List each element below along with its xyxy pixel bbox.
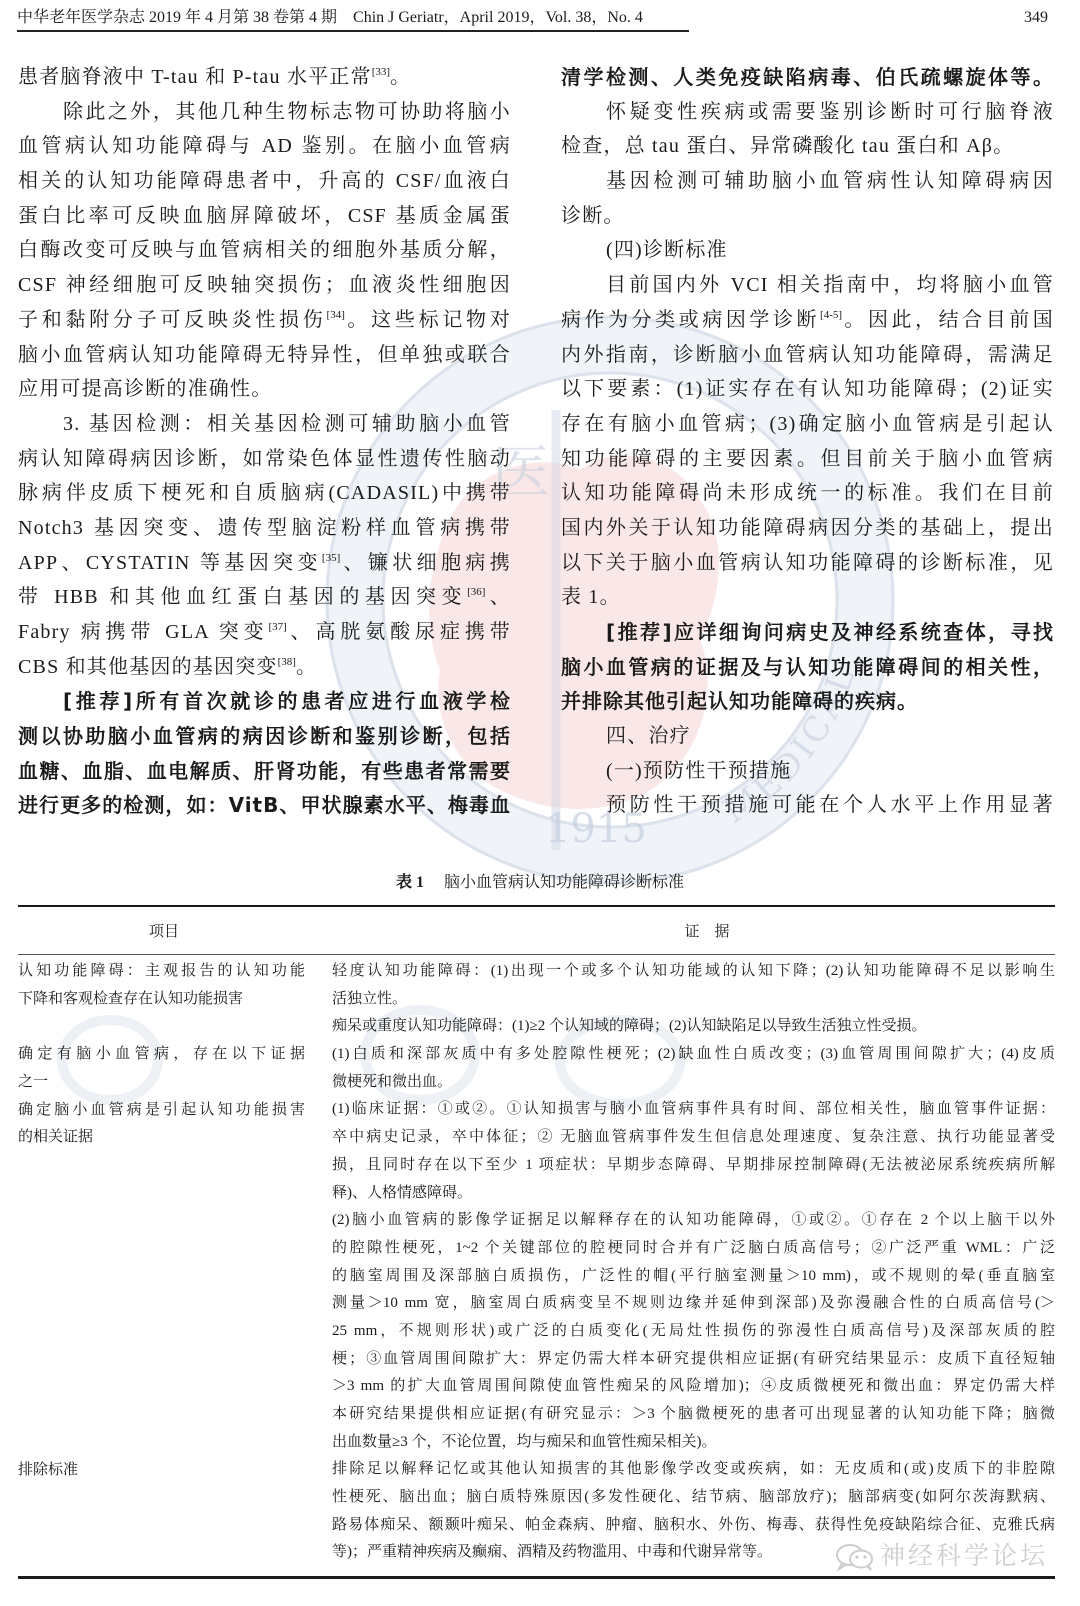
page-number: 349 (1024, 6, 1048, 30)
column-header-evidence: 证 据 (350, 920, 1064, 944)
text-line: 存在有脑小血管病；(3)确定脑小血管病是引起认 (561, 407, 1054, 442)
table-row-evidence-cell: (1)白质和深部灰质中有多处腔隙性梗死；(2)缺血性白质改变；(3)血管周围间隙… (332, 1041, 1055, 1096)
recommendation-line: [推荐]应详细询问病史及神经系统查体，寻找 (561, 615, 1054, 650)
text-line: 目前国内外 VCI 相关指南中，均将脑小血管 (561, 268, 1054, 303)
recommendation-line: 进行更多的检测，如：VitB、甲状腺素水平、梅毒血 (18, 788, 511, 823)
cell-line: (1)白质和深部灰质中有多处腔隙性梗死；(2)缺血性白质改变；(3)血管周围间隙… (332, 1041, 1055, 1069)
cell-line: 认知功能障碍：主观报告的认知功能 (18, 958, 305, 986)
text-line: 应用可提高诊断的准确性。 (18, 372, 511, 407)
table-row-item-cell: 确定有脑小血管病，存在以下证据 之一 (18, 1041, 305, 1096)
recommendation-line: 清学检测、人类免疫缺陷病毒、伯氏疏螺旋体等。 (561, 60, 1054, 95)
recommendation-paragraph: [推荐]所有首次就诊的患者应进行血液学检 测以协助脑小血管病的病因诊断和鉴别诊断… (18, 684, 511, 823)
recommendation-paragraph: [推荐]应详细询问病史及神经系统查体，寻找 脑小血管病的证据及与认知功能障碍间的… (561, 615, 1054, 719)
cell-line: (2)脑小血管病的影像学证据足以解释存在的认知功能障碍，①或②。①存在 2 个以… (332, 1207, 1055, 1235)
wechat-account-name: 神经科学论坛 (880, 1538, 1048, 1574)
journal-page: 中华老年医学杂志 2019 年 4 月第 38 卷第 4 期Chin J Ger… (0, 0, 1080, 1606)
table-bottom-rule (18, 1576, 1055, 1579)
cell-line: 的腔隙性梗死，1~2 个关键部位的腔梗同时合并有广泛脑白质高信号；②广泛严重 W… (332, 1235, 1055, 1263)
cell-line: 的脑室周围及深部脑白质损伤，广泛性的帽(平行脑室测量＞10 mm)，或不规则的晕… (332, 1263, 1055, 1291)
text-line: 内外指南，诊断脑小血管病认知功能障碍，需满足 (561, 338, 1054, 373)
paragraph: 怀疑变性疾病或需要鉴别诊断时可行脑脊液 检查，总 tau 蛋白、异常磷酸化 ta… (561, 95, 1054, 164)
cell-line: 性梗死、脑出血；脑白质特殊原因(多发性硬化、结节病、脑部放疗)；脑部病变(如阿尔… (332, 1484, 1055, 1512)
wechat-icon (834, 1542, 876, 1572)
cell-line: 确定有脑小血管病，存在以下证据 (18, 1041, 305, 1069)
section-heading: (四)诊断标准 (561, 233, 1054, 268)
table-row-item-cell: 排除标准 (18, 1457, 305, 1485)
text-line: 怀疑变性疾病或需要鉴别诊断时可行脑脊液 (561, 95, 1054, 130)
text-line: APP、CYSTATIN 等基因突变[35]、镰状细胞病携 (18, 546, 511, 581)
line-text: 。 (296, 656, 317, 678)
text-line: 病作为分类或病因学诊断[4-5]。因此，结合目前国 (561, 303, 1054, 338)
line-text: 。这些标记物对 (345, 309, 511, 331)
cell-line: 损，且同时存在以下至少 1 项症状：早期步态障碍、早期排尿控制障碍(无法被泌尿系… (332, 1152, 1055, 1180)
line-text: 。 (390, 66, 411, 88)
line-text: 病作为分类或病因学诊断 (561, 309, 820, 331)
cell-line: 释)、人格情感障碍。 (332, 1180, 1055, 1208)
cell-line: 活独立性。 (332, 986, 1055, 1014)
journal-citation: 中华老年医学杂志 2019 年 4 月第 38 卷第 4 期Chin J Ger… (17, 6, 689, 30)
line-text: 带 HBB 和其他血红蛋白基因的基因突变 (18, 586, 467, 608)
text-line: 除此之外，其他几种生物标志物可协助将脑小 (18, 95, 511, 130)
recommendation-line: [推荐]所有首次就诊的患者应进行血液学检 (18, 684, 511, 719)
cell-line: 梗；③血管周围间隙扩大：界定仍需大样本研究提供相应证据(有研究结果显示：皮质下直… (332, 1346, 1055, 1374)
paragraph: 除此之外，其他几种生物标志物可协助将脑小 血管病认知功能障碍与 AD 鉴别。在脑… (18, 95, 511, 407)
text-line: 检查，总 tau 蛋白、异常磷酸化 tau 蛋白和 Aβ。 (561, 129, 1054, 164)
text-line: 认知功能障碍尚未形成统一的标准。我们在目前 (561, 476, 1054, 511)
table-top-rule (18, 905, 1055, 907)
cell-line: 之一 (18, 1069, 305, 1097)
citation-ref: [37] (269, 621, 287, 633)
table-evidence-column: 轻度认知功能障碍：(1)出现一个或多个认知功能域的认知下降；(2)认知功能障碍不… (332, 958, 1055, 1567)
recommendation-paragraph: 清学检测、人类免疫缺陷病毒、伯氏疏螺旋体等。 (561, 60, 1054, 95)
text-line: CSF 神经细胞可反映轴突损伤；血液炎性细胞因 (18, 268, 511, 303)
cell-line: 测量＞10 mm 宽，脑室周白质病变呈不规则边缘并延伸到深部)及弥漫融合性的白质… (332, 1290, 1055, 1318)
text-line: 血管病认知功能障碍与 AD 鉴别。在脑小血管病 (18, 129, 511, 164)
recommendation-line: 脑小血管病的证据及与认知功能障碍间的相关性， (561, 650, 1054, 685)
text-line: 脑小血管病认知功能障碍无特异性，但单独或联合 (18, 338, 511, 373)
citation-ref: [35] (322, 552, 340, 564)
right-column: 清学检测、人类免疫缺陷病毒、伯氏疏螺旋体等。 怀疑变性疾病或需要鉴别诊断时可行脑… (561, 60, 1054, 823)
citation-ref: [34] (327, 309, 345, 321)
table-row-evidence-cell: 轻度认知功能障碍：(1)出现一个或多个认知功能域的认知下降；(2)认知功能障碍不… (332, 958, 1055, 1041)
text-line: 基因检测可辅助脑小血管病性认知障碍病因 (561, 164, 1054, 199)
cell-line: 本研究结果提供相应证据(有研究显示：＞3 个脑微梗死的患者可出现显著的认知功能下… (332, 1401, 1055, 1429)
line-text: CBS 和其他基因的基因突变 (18, 656, 278, 678)
table-reference: 表 1。 (561, 580, 1054, 615)
citation-ref: [33] (372, 66, 390, 78)
text-line: 蛋白比率可反映血脑屏障破坏，CSF 基质金属蛋 (18, 199, 511, 234)
recommendation-line: 并排除其他引起认知功能障碍的疾病。 (561, 684, 1054, 719)
line-text: 子和黏附分子可反映炎性损伤 (18, 309, 327, 331)
text-line: 预防性干预措施可能在个人水平上作用显著 (561, 788, 1054, 823)
line-text: Fabry 病携带 GLA 突变 (18, 621, 269, 643)
text-line: 脉病伴皮质下梗死和自质脑病(CADASIL)中携带 (18, 476, 511, 511)
line-text: 。因此，结合目前国 (842, 309, 1054, 331)
text-line: Notch3 基因突变、遗传型脑淀粉样血管病携带 (18, 511, 511, 546)
text-line: CBS 和其他基因的基因突变[38]。 (18, 650, 511, 685)
citation-ref: [4-5] (820, 309, 842, 321)
text-line: 3. 基因检测：相关基因检测可辅助脑小血管 (18, 407, 511, 442)
column-header-item: 项目 (18, 920, 310, 944)
journal-name-en: Chin J Geriatr，April 2019，Vol. 38，No. 4 (353, 9, 643, 26)
paragraph: 患者脑脊液中 T-tau 和 P-tau 水平正常[33]。 (18, 60, 511, 95)
paragraph: 3. 基因检测：相关基因检测可辅助脑小血管 病认知障碍病因诊断，如常染色体显性遗… (18, 407, 511, 685)
paragraph: 基因检测可辅助脑小血管病性认知障碍病因 诊断。 (561, 164, 1054, 233)
text-line: 知功能障碍的主要因素。但目前关于脑小血管病 (561, 442, 1054, 477)
table-row-item-cell: 确定脑小血管病是引起认知功能损害 的相关证据 (18, 1097, 305, 1152)
cell-line: 出血数量≥3 个，不论位置，均与痴呆和血管性痴呆相关)。 (332, 1429, 1055, 1457)
table-title: 脑小血管病认知功能障碍诊断标准 (444, 874, 684, 891)
cell-line: 痴呆或重度认知功能障碍：(1)≥2 个认知域的障碍；(2)认知缺陷足以导致生活独… (332, 1013, 1055, 1041)
cell-line: 的相关证据 (18, 1124, 305, 1152)
running-header: 中华老年医学杂志 2019 年 4 月第 38 卷第 4 期Chin J Ger… (17, 6, 1057, 34)
cell-line: 排除标准 (18, 1457, 305, 1485)
left-column: 患者脑脊液中 T-tau 和 P-tau 水平正常[33]。 除此之外，其他几种… (18, 60, 511, 823)
text-line: 子和黏附分子可反映炎性损伤[34]。这些标记物对 (18, 303, 511, 338)
text-line: 患者脑脊液中 T-tau 和 P-tau 水平正常[33]。 (18, 60, 511, 95)
recommendation-line: 测以协助脑小血管病的病因诊断和鉴别诊断，包括 (18, 719, 511, 754)
cell-line: 下降和客观检查存在认知功能损害 (18, 986, 305, 1014)
cell-line: 排除足以解释记忆或其他认知损害的其他影像学改变或疾病，如：无皮质和(或)皮质下的… (332, 1456, 1055, 1484)
table-row-item-cell: 认知功能障碍：主观报告的认知功能 下降和客观检查存在认知功能损害 (18, 958, 305, 1013)
citation-ref: [38] (278, 656, 296, 668)
text-line: 以下要素：(1)证实存在有认知功能障碍；(2)证实 (561, 372, 1054, 407)
line-text: 、高胱氨酸尿症携带 (287, 621, 511, 643)
table-caption: 表 1脑小血管病认知功能障碍诊断标准 (0, 871, 1080, 895)
line-text: 患者脑脊液中 T-tau 和 P-tau 水平正常 (18, 66, 372, 88)
line-text: APP、CYSTATIN 等基因突变 (18, 552, 322, 574)
text-line: 病认知障碍病因诊断，如常染色体显性遗传性脑动 (18, 442, 511, 477)
table-label: 表 1 (396, 874, 424, 891)
text-line: 诊断。 (561, 199, 1054, 234)
cell-line: 卒中病史记录，卒中体征；② 无脑血管病事件发生但信息处理速度、复杂注意、执行功能… (332, 1124, 1055, 1152)
cell-line: 确定脑小血管病是引起认知功能损害 (18, 1097, 305, 1125)
cell-line: 轻度认知功能障碍：(1)出现一个或多个认知功能域的认知下降；(2)认知功能障碍不… (332, 958, 1055, 986)
text-line: 相关的认知功能障碍患者中，升高的 CSF/血液白 (18, 164, 511, 199)
text-line: 国内外关于认知功能障碍病因分类的基础上，提出 (561, 511, 1054, 546)
cell-line: 微梗死和微出血。 (332, 1069, 1055, 1097)
cell-line: ＞3 mm 的扩大血管周围间隙使血管性痴呆的风险增加)；④皮质微梗死和微出血：界… (332, 1373, 1055, 1401)
citation-ref: [36] (467, 586, 485, 598)
section-heading: 四、治疗 (561, 719, 1054, 754)
header-rule (17, 30, 689, 32)
cell-line: (1)临床证据：①或②。①认知损害与脑小血管病事件具有时间、部位相关性，脑血管事… (332, 1096, 1055, 1124)
table-header-rule (18, 954, 1055, 955)
text-line: 以下关于脑小血管病认知功能障碍的诊断标准，见 (561, 546, 1054, 581)
text-line: 带 HBB 和其他血红蛋白基因的基因突变[36]、 (18, 580, 511, 615)
paragraph: 目前国内外 VCI 相关指南中，均将脑小血管 病作为分类或病因学诊断[4-5]。… (561, 268, 1054, 615)
recommendation-line: 血糖、血脂、血电解质、肝肾功能，有些患者常需要 (18, 754, 511, 789)
cell-line: 25 mm，不规则形状)或广泛的白质变化(无局灶性损伤的弥漫性白质高信号)及深部… (332, 1318, 1055, 1346)
table-row-evidence-cell: (1)临床证据：①或②。①认知损害与脑小血管病事件具有时间、部位相关性，脑血管事… (332, 1096, 1055, 1456)
line-text: 、 (485, 586, 511, 608)
text-line: Fabry 病携带 GLA 突变[37]、高胱氨酸尿症携带 (18, 615, 511, 650)
cell-line: 路易体痴呆、额颞叶痴呆、帕金森病、肿瘤、脑积水、外伤、梅毒、获得性免疫缺陷综合征… (332, 1512, 1055, 1540)
text-line: 白酶改变可反映与血管病相关的细胞外基质分解， (18, 233, 511, 268)
journal-name-cn: 中华老年医学杂志 2019 年 4 月第 38 卷第 4 期 (17, 9, 337, 26)
line-text: 、镰状细胞病携 (340, 552, 511, 574)
subsection-heading: (一)预防性干预措施 (561, 754, 1054, 789)
